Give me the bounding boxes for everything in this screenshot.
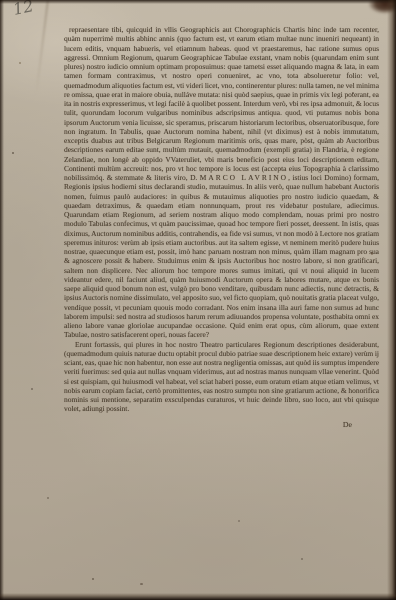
paper-speck: [19, 62, 21, 64]
paragraph: Erunt fortassis, qui plures in hoc nostr…: [64, 340, 379, 414]
photo-backdrop: 12 repraesentare tibi, quicquid in vllis…: [0, 0, 396, 600]
photo-edge-left: [0, 0, 4, 600]
paragraph-text: repraesentare tibi, quicquid in vllis Ge…: [64, 25, 379, 182]
paper-crease: [35, 0, 49, 96]
paper-speck: [92, 578, 94, 580]
text-block: repraesentare tibi, quicquid in vllis Ge…: [64, 25, 379, 429]
paper-speck: [140, 583, 143, 585]
paragraph-text: , istius loci Domino) formam, Regionis i…: [64, 173, 379, 339]
paper-speck: [238, 520, 240, 522]
paper-speck: [47, 497, 49, 499]
paper-speck: [12, 152, 14, 154]
photo-edge-top: [0, 0, 396, 4]
book-page: 12 repraesentare tibi, quicquid in vllis…: [0, 0, 396, 600]
paper-speck: [301, 558, 303, 560]
paper-speck: [352, 92, 354, 94]
paragraph: repraesentare tibi, quicquid in vllis Ge…: [64, 25, 379, 340]
photo-edge-bottom: [0, 593, 396, 600]
dedicatee-name: MARCO LAVRINO: [200, 173, 288, 182]
paragraph-text: Erunt fortassis, qui plures in hoc nostr…: [64, 340, 379, 414]
paper-speck: [31, 388, 33, 390]
catchword: De: [64, 420, 352, 429]
paper-speck: [371, 252, 373, 255]
photo-edge-right: [387, 0, 396, 600]
